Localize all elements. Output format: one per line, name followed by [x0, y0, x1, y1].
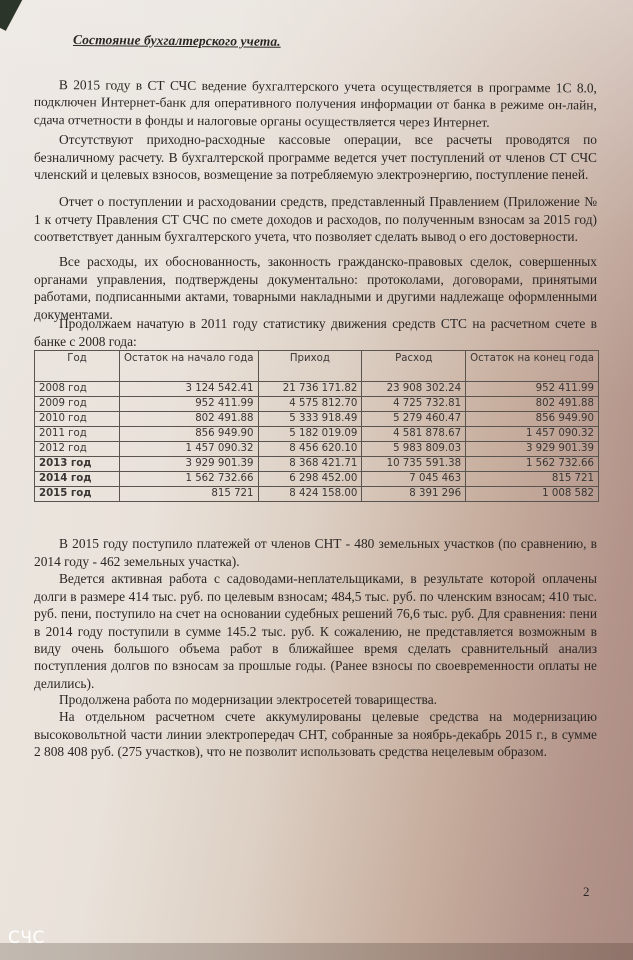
paragraph-debt-collection: Ведется активная работа с садоводами-неп…	[34, 570, 597, 692]
expense-cell: 4 725 732.81	[362, 397, 466, 412]
table-row: 2015 год815 7218 424 158.008 391 2961 00…	[35, 487, 599, 502]
year-cell: 2011 год	[35, 427, 120, 442]
table-row: 2014 год1 562 732.666 298 452.007 045 46…	[35, 472, 599, 487]
end-balance-cell: 1 457 090.32	[466, 427, 599, 442]
income-cell: 5 182 019.09	[258, 427, 362, 442]
paragraph-target-funds: На отдельном расчетном счете аккумулиров…	[34, 708, 597, 760]
end-balance-cell: 1 008 582	[466, 487, 599, 502]
income-cell: 8 424 158.00	[258, 487, 362, 502]
start-balance-cell: 802 491.88	[120, 412, 259, 427]
expense-cell: 4 581 878.67	[362, 427, 466, 442]
year-cell: 2014 год	[35, 472, 120, 487]
section-title: Состояние бухгалтерского учета.	[73, 32, 281, 50]
income-cell: 21 736 171.82	[258, 382, 362, 397]
end-balance-cell: 1 562 732.66	[466, 457, 599, 472]
table-row: 2013 год3 929 901.398 368 421.7110 735 5…	[35, 457, 599, 472]
paragraph-expenses-documented: Все расходы, их обоснованность, законнос…	[34, 253, 597, 323]
paragraph-member-payments: В 2015 году поступило платежей от членов…	[34, 535, 597, 570]
expense-cell: 5 279 460.47	[362, 412, 466, 427]
income-cell: 8 368 421.71	[258, 457, 362, 472]
year-cell: 2010 год	[35, 412, 120, 427]
header-start-balance: Остаток на начало года	[120, 351, 259, 382]
table-row: 2008 год3 124 542.4121 736 171.8223 908 …	[35, 382, 599, 397]
income-cell: 5 333 918.49	[258, 412, 362, 427]
table-row: 2009 год952 411.994 575 812.704 725 732.…	[35, 397, 599, 412]
start-balance-cell: 3 929 901.39	[120, 457, 259, 472]
end-balance-cell: 815 721	[466, 472, 599, 487]
table-row: 2010 год802 491.885 333 918.495 279 460.…	[35, 412, 599, 427]
expense-cell: 8 391 296	[362, 487, 466, 502]
footer-overlay-bar	[0, 943, 633, 960]
end-balance-cell: 802 491.88	[466, 397, 599, 412]
start-balance-cell: 952 411.99	[120, 397, 259, 412]
start-balance-cell: 856 949.90	[120, 427, 259, 442]
year-cell: 2012 год	[35, 442, 120, 457]
document-page: Состояние бухгалтерского учета. В 2015 г…	[0, 0, 633, 960]
page-number: 2	[583, 884, 590, 900]
expense-cell: 5 983 809.03	[362, 442, 466, 457]
header-year: Год	[35, 351, 120, 382]
year-cell: 2008 год	[35, 382, 120, 397]
funds-movement-table: Год Остаток на начало года Приход Расход…	[34, 350, 599, 502]
end-balance-cell: 952 411.99	[466, 382, 599, 397]
start-balance-cell: 3 124 542.41	[120, 382, 259, 397]
start-balance-cell: 1 562 732.66	[120, 472, 259, 487]
year-cell: 2013 год	[35, 457, 120, 472]
end-balance-cell: 3 929 901.39	[466, 442, 599, 457]
table-row: 2011 год856 949.905 182 019.094 581 878.…	[35, 427, 599, 442]
end-balance-cell: 856 949.90	[466, 412, 599, 427]
expense-cell: 10 735 591.38	[362, 457, 466, 472]
paragraph-cashless-payments: Отсутствуют приходно-расходные кассовые …	[34, 131, 597, 183]
header-expense: Расход	[362, 351, 466, 382]
expense-cell: 7 045 463	[362, 472, 466, 487]
income-cell: 6 298 452.00	[258, 472, 362, 487]
table-row: 2012 год1 457 090.328 456 620.105 983 80…	[35, 442, 599, 457]
income-cell: 4 575 812.70	[258, 397, 362, 412]
year-cell: 2009 год	[35, 397, 120, 412]
paragraph-accounting-software: В 2015 году в СТ СЧС ведение бухгалтерск…	[34, 76, 597, 132]
start-balance-cell: 815 721	[120, 487, 259, 502]
paragraph-statistics-intro: Продолжаем начатую в 2011 году статистик…	[34, 315, 597, 350]
header-end-balance: Остаток на конец года	[466, 351, 599, 382]
footer-overlay-label: СЧС	[8, 928, 45, 948]
income-cell: 8 456 620.10	[258, 442, 362, 457]
expense-cell: 23 908 302.24	[362, 382, 466, 397]
start-balance-cell: 1 457 090.32	[120, 442, 259, 457]
header-income: Приход	[258, 351, 362, 382]
paragraph-report-reliability: Отчет о поступлении и расходовании средс…	[34, 193, 597, 245]
table-header-row: Год Остаток на начало года Приход Расход…	[35, 351, 599, 382]
paragraph-grid-modernization: Продолжена работа по модернизации электр…	[34, 691, 597, 708]
year-cell: 2015 год	[35, 487, 120, 502]
